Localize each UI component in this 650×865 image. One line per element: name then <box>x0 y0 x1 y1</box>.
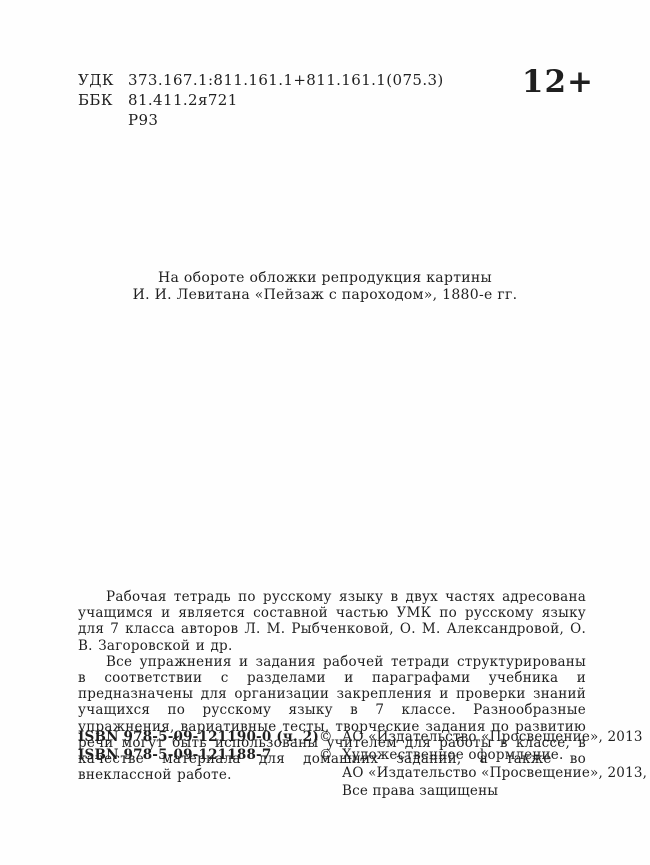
author-sign: Р93 <box>128 110 158 130</box>
book-imprint-page: УДК 373.167.1:811.161.1+811.161.1(075.3)… <box>0 0 650 865</box>
cover-note-line2: И. И. Левитана «Пейзаж с пароходом», 188… <box>0 287 650 304</box>
age-rating-badge: 12+ <box>522 64 594 100</box>
udk-label: УДК <box>78 70 128 90</box>
copyright-column: © АО «Издательство «Просвещение», 2013 ©… <box>319 728 650 800</box>
bbk-label: ББК <box>78 90 128 110</box>
annotation-paragraph-1: Рабочая тетрадь по русскому языку в двух… <box>78 589 586 654</box>
author-sign-spacer <box>78 110 128 130</box>
copyright-entry-2: © Художественное оформление. АО «Издател… <box>319 746 650 800</box>
copyright-text-2-line1: Художественное оформление. <box>342 746 650 764</box>
copyright-text-2-line3: Все права защищены <box>342 782 650 800</box>
isbn-line-2: ISBN 978-5-09-121188-7 <box>78 746 319 764</box>
copyright-text-2-line2: АО «Издательство «Просвещение», 2013, 20… <box>342 764 650 782</box>
copyright-text-2: Художественное оформление. АО «Издательс… <box>342 746 650 800</box>
author-sign-row: Р93 <box>78 110 444 130</box>
copyright-icon: © <box>319 746 342 800</box>
isbn-column: ISBN 978-5-09-121190-0 (ч. 2) ISBN 978-5… <box>78 728 319 800</box>
isbn-line-1: ISBN 978-5-09-121190-0 (ч. 2) <box>78 728 319 746</box>
udk-value: 373.167.1:811.161.1+811.161.1(075.3) <box>128 70 444 90</box>
udk-row: УДК 373.167.1:811.161.1+811.161.1(075.3) <box>78 70 444 90</box>
copyright-entry-1: © АО «Издательство «Просвещение», 2013 <box>319 728 650 746</box>
copyright-icon: © <box>319 728 342 746</box>
imprint-block: ISBN 978-5-09-121190-0 (ч. 2) ISBN 978-5… <box>78 728 598 800</box>
cover-note-line1: На обороте обложки репродукция картины <box>0 270 650 287</box>
copyright-text-1: АО «Издательство «Просвещение», 2013 <box>342 728 650 746</box>
bbk-row: ББК 81.411.2я721 <box>78 90 444 110</box>
bbk-value: 81.411.2я721 <box>128 90 238 110</box>
catalog-block: УДК 373.167.1:811.161.1+811.161.1(075.3)… <box>78 70 444 130</box>
cover-note: На обороте обложки репродукция картины И… <box>0 270 650 304</box>
